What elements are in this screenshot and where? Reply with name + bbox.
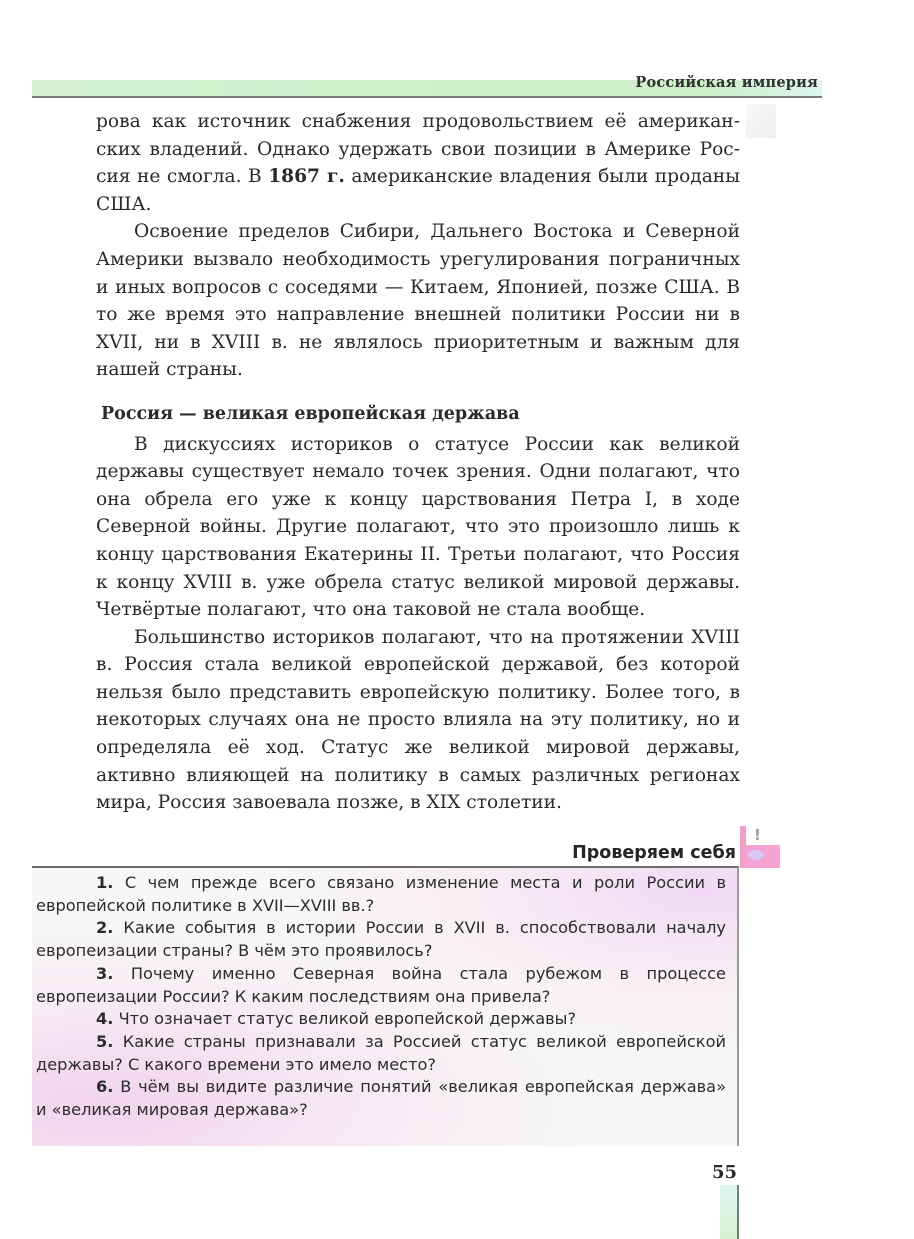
question-4: 4. Что означает статус великой европейск… (36, 1008, 726, 1031)
question-3: 3. Почему именно Северная война стала ру… (36, 963, 726, 1008)
icon-decoration (748, 850, 764, 860)
review-questions: 1. С чем прежде всего связано изменение … (96, 872, 726, 1122)
paragraph: В дискуссиях историков о статусе России … (96, 431, 740, 624)
review-section-title: Проверяем себя (572, 843, 736, 863)
running-header-title: Российская империя (635, 74, 818, 91)
main-text: рова как источник снабжения продовольств… (96, 108, 740, 817)
exclamation-icon: ! (754, 826, 761, 844)
paragraph: Большинство историков полагают, что на п… (96, 624, 740, 817)
self-check-icon: ! (740, 826, 780, 868)
bold-year: 1867 г. (268, 166, 345, 187)
question-1: 1. С чем прежде всего связано изменение … (36, 872, 726, 917)
paragraph: рова как источник снабжения продовольств… (96, 108, 740, 218)
question-2: 2. Какие события в истории России в XVII… (36, 917, 726, 962)
question-5: 5. Какие страны признавали за Россией ст… (36, 1031, 726, 1076)
page-number: 55 (712, 1162, 737, 1183)
margin-color-bar (720, 1185, 738, 1239)
running-header-rule (32, 96, 822, 98)
section-heading: Россия — великая европейская держава (96, 401, 740, 429)
paragraph: Освоение пределов Сибири, Дальнего Восто… (96, 218, 740, 384)
corner-watermark (746, 104, 776, 138)
question-6: 6. В чём вы видите различие понятий «вел… (36, 1076, 726, 1121)
margin-rule (737, 1185, 739, 1239)
